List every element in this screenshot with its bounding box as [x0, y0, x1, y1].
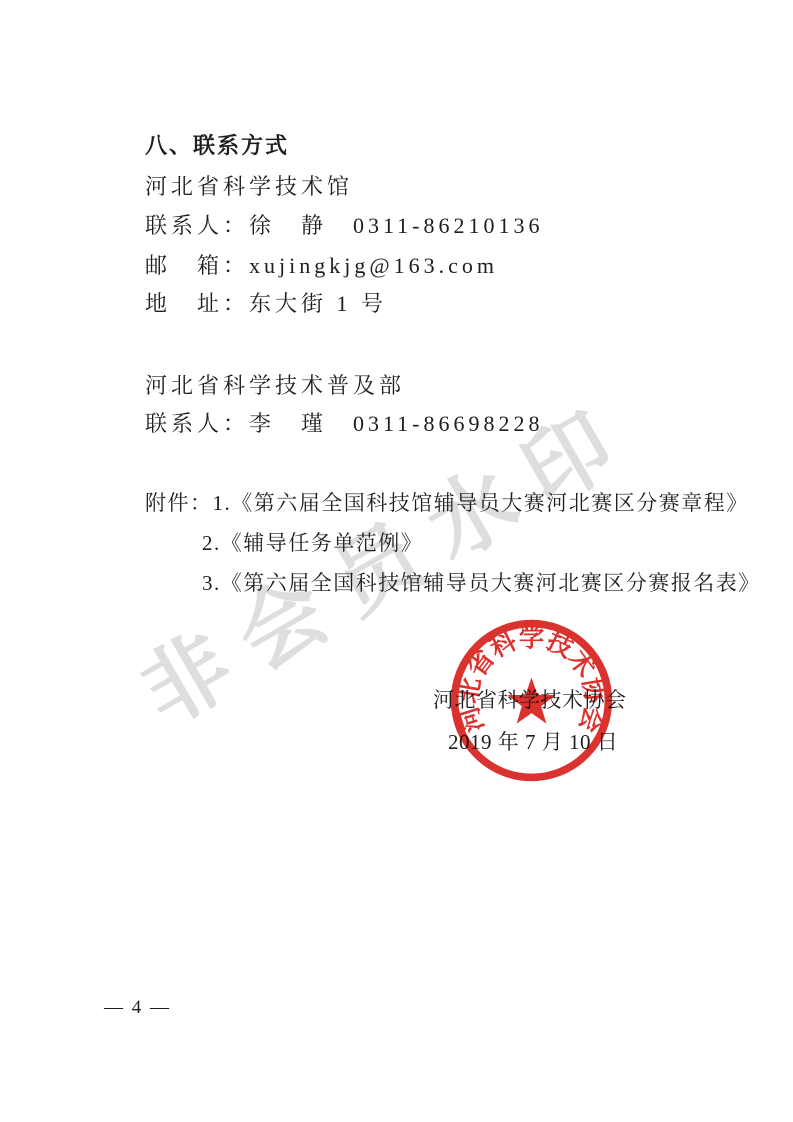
- address-line: 地 址：东大街 1 号: [145, 287, 387, 318]
- contact1-line: 联系人：徐 静 0311-86210136: [145, 209, 544, 240]
- attachment-line-1: 附件：1.《第六届全国科技馆辅导员大赛河北赛区分赛章程》: [145, 487, 749, 517]
- email-line: 邮 箱：xujingkjg@163.com: [145, 249, 498, 280]
- official-seal: 河北省科学技术协会: [442, 616, 621, 785]
- page-number: — 4 —: [104, 997, 171, 1019]
- org1-line: 河北省科学技术馆: [145, 170, 353, 201]
- attachment-line-2: 2.《辅导任务单范例》: [202, 527, 423, 557]
- section-title: 八、联系方式: [145, 129, 289, 160]
- document-page: 非会员水印 八、联系方式 河北省科学技术馆 联系人：徐 静 0311-86210…: [0, 0, 793, 1122]
- org2-line: 河北省科学技术普及部: [145, 369, 405, 400]
- seal-star-icon: [507, 678, 555, 724]
- attachment-line-3: 3.《第六届全国科技馆辅导员大赛河北赛区分赛报名表》: [202, 567, 761, 597]
- contact2-line: 联系人：李 瑾 0311-86698228: [145, 407, 544, 438]
